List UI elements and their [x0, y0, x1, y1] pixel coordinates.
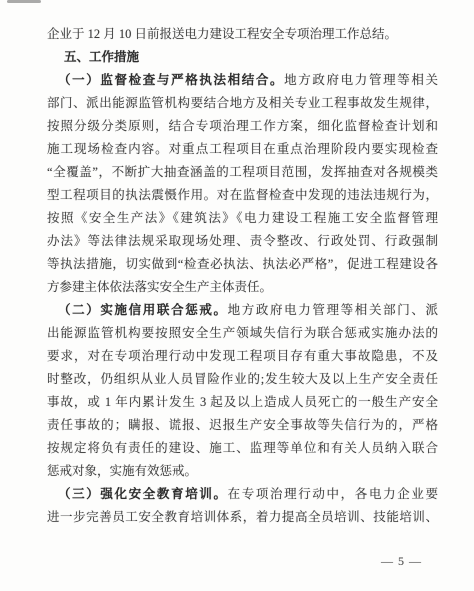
paragraph-last-line: 惩戒对象，实施有效惩戒。: [47, 460, 438, 483]
body-line: 事故，或 1 年内累计发生 3 起及以上造成人员死亡的一般生产安全: [47, 391, 438, 414]
body-line: 出能源监管机构要按照安全生产领域失信行为联合惩戒实施办法的: [47, 322, 438, 345]
body-line: 按照《安全生产法》《建筑法》《电力建设工程施工安全监督管理: [47, 207, 438, 230]
body-line: 部门、派出能源监管机构要结合地方及相关专业工程事故发生规律，: [47, 92, 438, 115]
text-segment: 在专项治理行动中，各电力企业要: [228, 487, 438, 501]
text-segment: 惩戒对象，实施有效惩戒。: [47, 464, 197, 478]
paragraph-last-line: 方参建主体依法落实安全生产主体责任。: [47, 276, 438, 299]
text-segment: “全覆盖”，不断扩大抽查涵盖的工程项目范围，发挥抽查对各规模类: [47, 165, 438, 179]
text-segment: 方参建主体依法落实安全生产主体责任。: [47, 280, 272, 294]
text-segment: 要求，对在专项治理行动中发现工程项目存有重大事故隐患，不及: [47, 349, 438, 363]
paragraph-first-line: （一）监督检查与严格执法相结合。地方政府电力管理等相关: [47, 69, 438, 92]
scan-edge-artifact: [7, 0, 41, 3]
body-line: “全覆盖”，不断扩大抽查涵盖的工程项目范围，发挥抽查对各规模类: [47, 161, 438, 184]
page-number: — 5 —: [381, 553, 422, 569]
body-line: 要求，对在专项治理行动中发现工程项目存有重大事故隐患，不及: [47, 345, 438, 368]
paragraph-first-line: （三）强化安全教育培训。在专项治理行动中，各电力企业要: [47, 483, 438, 506]
body-line: 责任事故的；瞒报、谎报、迟报生产安全事故等失信行为的，严格: [47, 414, 438, 437]
body-line: 按照分级分类原则，结合专项治理工作方案，细化监督检查计划和: [47, 115, 438, 138]
text-segment: 地方政府电力管理等相关部门、派: [228, 303, 438, 317]
text-segment: 按照分级分类原则，结合专项治理工作方案，细化监督检查计划和: [47, 119, 438, 133]
emphasis-segment: （二）实施信用联合惩戒。: [58, 303, 228, 317]
text-segment: 时整改，仍组织从业人员冒险作业的;发生较大及以上生产安全责任: [47, 372, 438, 386]
text-segment: 企业于 12 月 10 日前报送电力建设工程安全专项治理工作总结。: [47, 27, 397, 41]
text-segment: 责任事故的；瞒报、谎报、迟报生产安全事故等失信行为的，严格: [47, 418, 438, 432]
body-line: 企业于 12 月 10 日前报送电力建设工程安全专项治理工作总结。: [47, 23, 438, 46]
body-line: 办法》等法律法规采取现场处理、责令整改、行政处罚、行政强制: [47, 230, 438, 253]
body-line: 时整改，仍组织从业人员冒险作业的;发生较大及以上生产安全责任: [47, 368, 438, 391]
body-line: 等执法措施，切实做到“检查必执法、执法必严格”，促进工程建设各: [47, 253, 438, 276]
text-segment: 按照《安全生产法》《建筑法》《电力建设工程施工安全监督管理: [47, 211, 438, 225]
document-body: 企业于 12 月 10 日前报送电力建设工程安全专项治理工作总结。五、工作措施（…: [47, 23, 438, 529]
text-segment: 等执法措施，切实做到“检查必执法、执法必严格”，促进工程建设各: [47, 257, 438, 271]
section-heading: 五、工作措施: [47, 46, 438, 69]
text-segment: 地方政府电力管理等相关: [284, 73, 438, 87]
text-segment: 按规定将负有责任的建设、施工、监理等单位和有关人员纳入联合: [47, 441, 438, 455]
text-segment: 型工程项目的执法震慑作用。对在监督检查中发现的违法违规行为，: [47, 188, 438, 202]
body-line: 型工程项目的执法震慑作用。对在监督检查中发现的违法违规行为，: [47, 184, 438, 207]
text-segment: 施工现场检查内容。对重点工程项目在重点治理阶段内要实现检查: [47, 142, 438, 156]
text-segment: 部门、派出能源监管机构要结合地方及相关专业工程事故发生规律，: [47, 96, 438, 110]
document-page: 企业于 12 月 10 日前报送电力建设工程安全专项治理工作总结。五、工作措施（…: [0, 0, 474, 591]
body-line: 进一步完善员工安全教育培训体系，着力提高全员培训、技能培训、: [47, 506, 438, 529]
paragraph-first-line: （二）实施信用联合惩戒。地方政府电力管理等相关部门、派: [47, 299, 438, 322]
text-segment: 进一步完善员工安全教育培训体系，着力提高全员培训、技能培训、: [47, 510, 438, 524]
text-segment: 出能源监管机构要按照安全生产领域失信行为联合惩戒实施办法的: [47, 326, 438, 340]
body-line: 施工现场检查内容。对重点工程项目在重点治理阶段内要实现检查: [47, 138, 438, 161]
emphasis-segment: 五、工作措施: [64, 50, 139, 64]
body-line: 按规定将负有责任的建设、施工、监理等单位和有关人员纳入联合: [47, 437, 438, 460]
emphasis-segment: （三）强化安全教育培训。: [58, 487, 228, 501]
text-segment: 事故，或 1 年内累计发生 3 起及以上造成人员死亡的一般生产安全: [47, 395, 438, 409]
text-segment: 办法》等法律法规采取现场处理、责令整改、行政处罚、行政强制: [47, 234, 438, 248]
emphasis-segment: （一）监督检查与严格执法相结合。: [58, 73, 284, 87]
